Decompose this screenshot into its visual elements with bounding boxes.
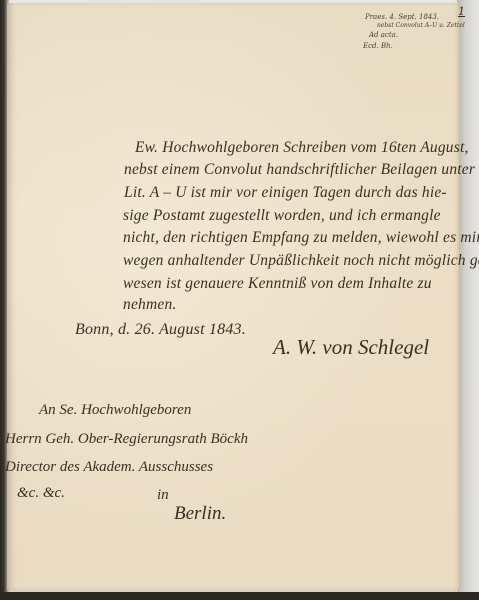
- archival-note-initials: Ecd. Bh.: [363, 42, 393, 50]
- letter-page: Praes. 4. Sept. 1843. nebst Convolut A–U…: [7, 3, 459, 590]
- folio-number: 1: [458, 5, 465, 18]
- address-line-1: An Se. Hochwohlgeboren: [39, 402, 191, 419]
- scan-backdrop-bottom: [0, 592, 479, 600]
- archival-note-ad-acta: Ad acta.: [369, 31, 398, 39]
- address-in: in: [157, 487, 169, 504]
- letter-line-1: Ew. Hochwohlgeboren Schreiben vom 16ten …: [135, 139, 469, 157]
- letter-line-2: nebst einem Convolut handschriftlicher B…: [124, 161, 475, 179]
- address-line-2: Herrn Geh. Ober-Regierungsrath Böckh: [5, 431, 248, 448]
- letter-line-8: nehmen.: [123, 296, 176, 314]
- letter-line-3: Lit. A – U ist mir vor einigen Tagen dur…: [124, 184, 447, 202]
- address-line-3: Director des Akadem. Ausschusses: [5, 459, 213, 476]
- address-line-4: &c. &c.: [17, 485, 65, 502]
- archival-note-enclosure: nebst Convolut A–U u. Zettel: [377, 22, 465, 29]
- archival-note-received: Praes. 4. Sept. 1843.: [365, 13, 439, 21]
- letter-line-4: sige Postamt zugestellt worden, und ich …: [123, 207, 441, 225]
- letter-line-6: wegen anhaltender Unpäßlichkeit noch nic…: [123, 252, 479, 270]
- place-date: Bonn, d. 26. August 1843.: [75, 321, 246, 339]
- scan-backdrop-right: [457, 0, 479, 600]
- address-city: Berlin.: [174, 503, 226, 525]
- letter-line-7: wesen ist genauere Kenntniß von dem Inha…: [123, 275, 432, 293]
- letter-line-5: nicht, den richtigen Empfang zu melden, …: [123, 229, 479, 247]
- signature: A. W. von Schlegel: [273, 335, 429, 360]
